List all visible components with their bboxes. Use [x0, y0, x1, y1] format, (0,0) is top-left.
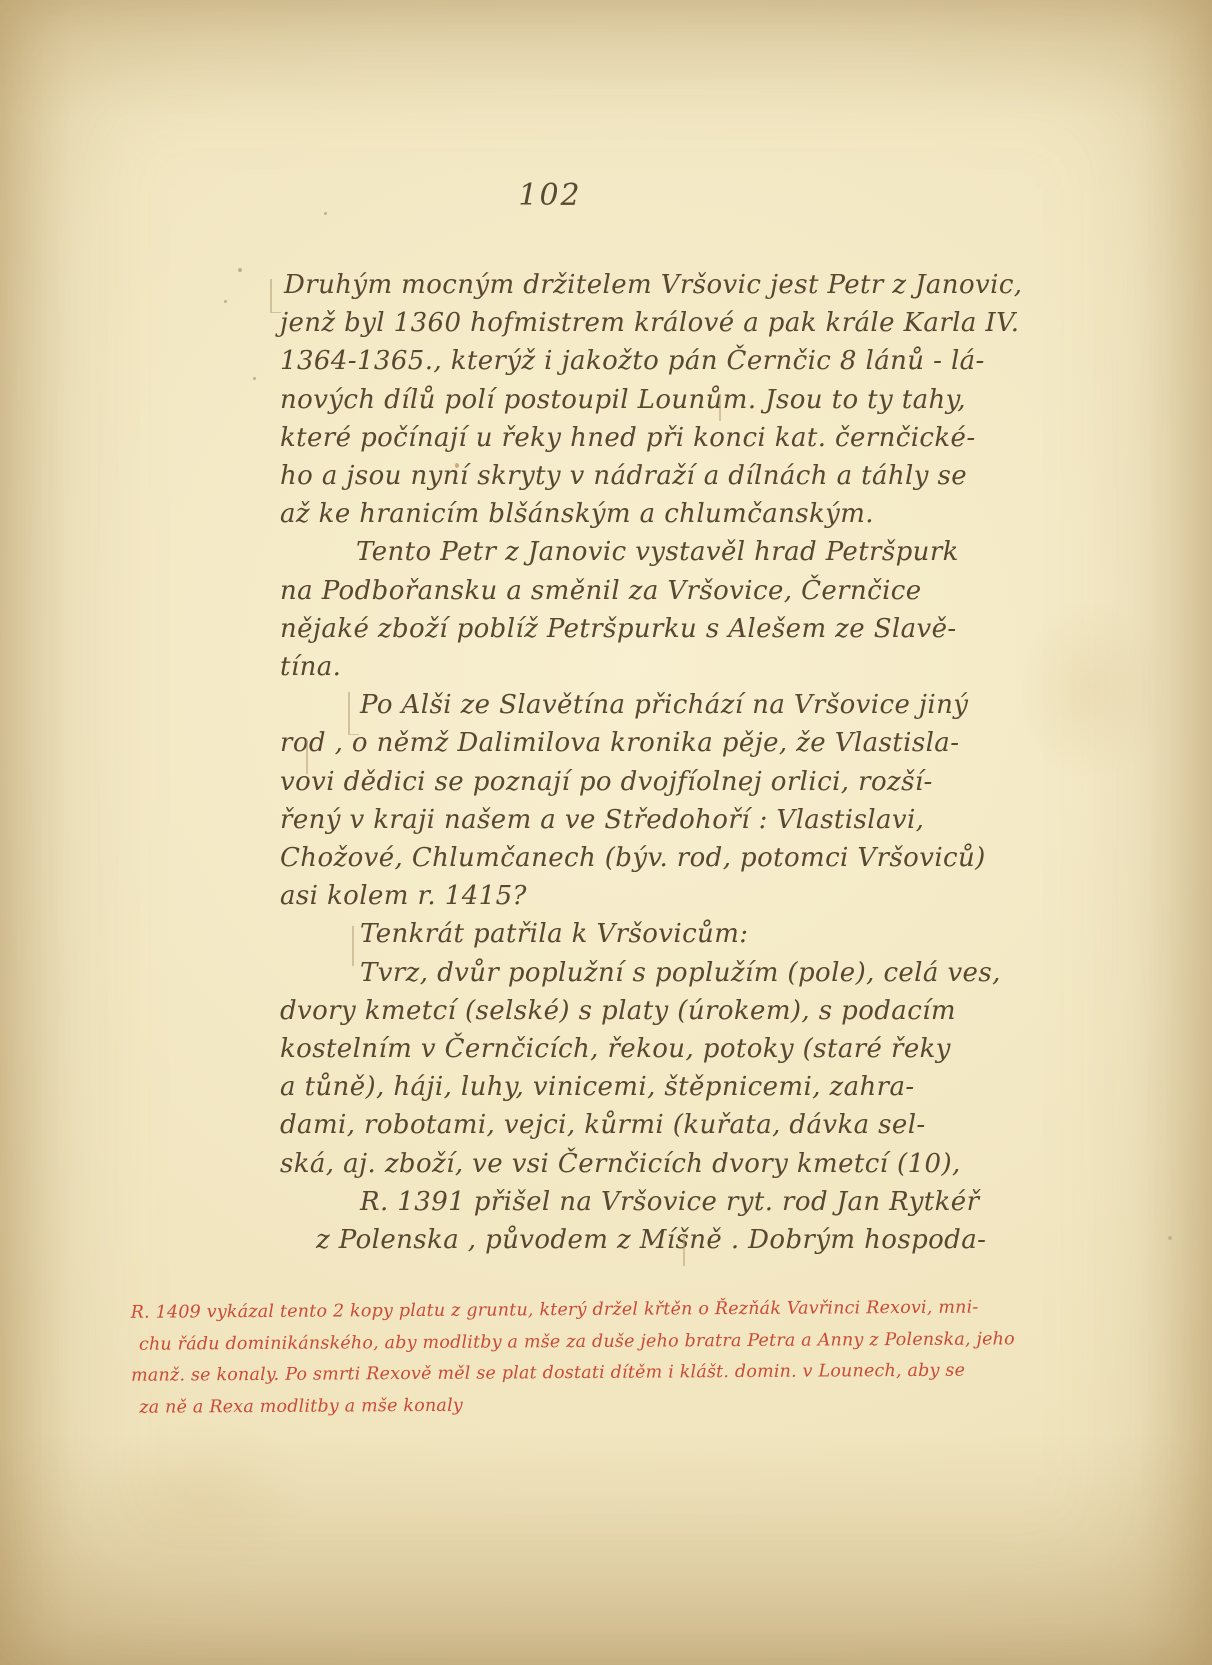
manuscript-text-line: které počínají u řeky hned při konci kat… — [280, 419, 980, 457]
manuscript-text-line: asi kolem r. 1415? — [280, 877, 980, 915]
manuscript-text-line: z Polenska , původem z Míšně . Dobrým ho… — [280, 1221, 980, 1259]
footnote-text-line: za ně a Rexa modlitby a mše konaly — [131, 1387, 1031, 1424]
manuscript-text-line: 1364-1365., kterýž i jakožto pán Černčic… — [280, 342, 980, 380]
pencil-tick-mark — [306, 740, 308, 774]
manuscript-text-line: řený v kraji našem a ve Středohoří : Vla… — [280, 801, 980, 839]
manuscript-text-line: Po Alši ze Slavětína přichází na Vršovic… — [280, 686, 980, 724]
manuscript-text-line: rod , o němž Dalimilova kronika pěje, že… — [280, 724, 980, 762]
manuscript-text-line: kostelním v Černčicích, řekou, potoky (s… — [280, 1030, 980, 1068]
manuscript-text-line: Tento Petr z Janovic vystavěl hrad Petrš… — [280, 533, 980, 571]
paper-speck — [224, 300, 227, 303]
manuscript-text-line: R. 1391 přišel na Vršovice ryt. rod Jan … — [280, 1183, 980, 1221]
paper-speck — [324, 212, 327, 215]
paper-stain — [980, 560, 1200, 820]
paper-speck — [1168, 1236, 1172, 1240]
manuscript-text-line: nějaké zboží poblíž Petršpurku s Alešem … — [280, 610, 980, 648]
pencil-bracket-mark — [270, 279, 281, 313]
manuscript-text-line: Tvrz, dvůr poplužní s poplužím (pole), c… — [280, 954, 980, 992]
manuscript-text-line: vovi dědici se poznají po dvojfíolnej or… — [280, 763, 980, 801]
page-number: 102 — [0, 178, 1100, 213]
paper-speck — [238, 268, 242, 272]
pencil-tick-mark — [683, 1236, 685, 1266]
manuscript-text-line: nových dílů polí postoupil Lounům. Jsou … — [280, 381, 980, 419]
manuscript-text-line: ho a jsou nyní skryty v nádraží a dílnác… — [280, 457, 980, 495]
manuscript-page: 102 Druhým mocným držitelem Vršovic jest… — [0, 0, 1212, 1665]
manuscript-body-text: Druhým mocným držitelem Vršovic jest Pet… — [280, 266, 980, 1259]
footnote-text-line: R. 1409 vykázal tento 2 kopy platu z gru… — [131, 1292, 1031, 1329]
pencil-tick-mark — [352, 926, 354, 966]
manuscript-text-line: Druhým mocným držitelem Vršovic jest Pet… — [280, 266, 980, 304]
manuscript-footnote-text: R. 1409 vykázal tento 2 kopy platu z gru… — [131, 1292, 1032, 1423]
manuscript-text-line: Chožové, Chlumčanech (býv. rod, potomci … — [280, 839, 980, 877]
manuscript-text-line: až ke hranicím blšánským a chlumčanským. — [280, 495, 980, 533]
paper-speck — [455, 463, 459, 468]
footnote-text-line: manž. se konaly. Po smrti Rexově měl se … — [131, 1355, 1031, 1392]
pencil-bracket-mark — [348, 692, 359, 735]
manuscript-text-line: tína. — [280, 648, 980, 686]
manuscript-text-line: ská, aj. zboží, ve vsi Černčicích dvory … — [280, 1145, 980, 1183]
manuscript-text-line: dvory kmetcí (selské) s platy (úrokem), … — [280, 992, 980, 1030]
paper-speck — [253, 377, 256, 380]
manuscript-text-line: jenž byl 1360 hofmistrem králové a pak k… — [280, 304, 980, 342]
manuscript-text-line: Tenkrát patřila k Vršovicům: — [280, 915, 980, 953]
manuscript-text-line: a tůně), háji, luhy, vinicemi, štěpnicem… — [280, 1068, 980, 1106]
pencil-tick-mark — [719, 394, 721, 421]
manuscript-text-line: dami, robotami, vejci, kůrmi (kuřata, dá… — [280, 1106, 980, 1144]
manuscript-text-line: na Podbořansku a směnil za Vršovice, Čer… — [280, 572, 980, 610]
